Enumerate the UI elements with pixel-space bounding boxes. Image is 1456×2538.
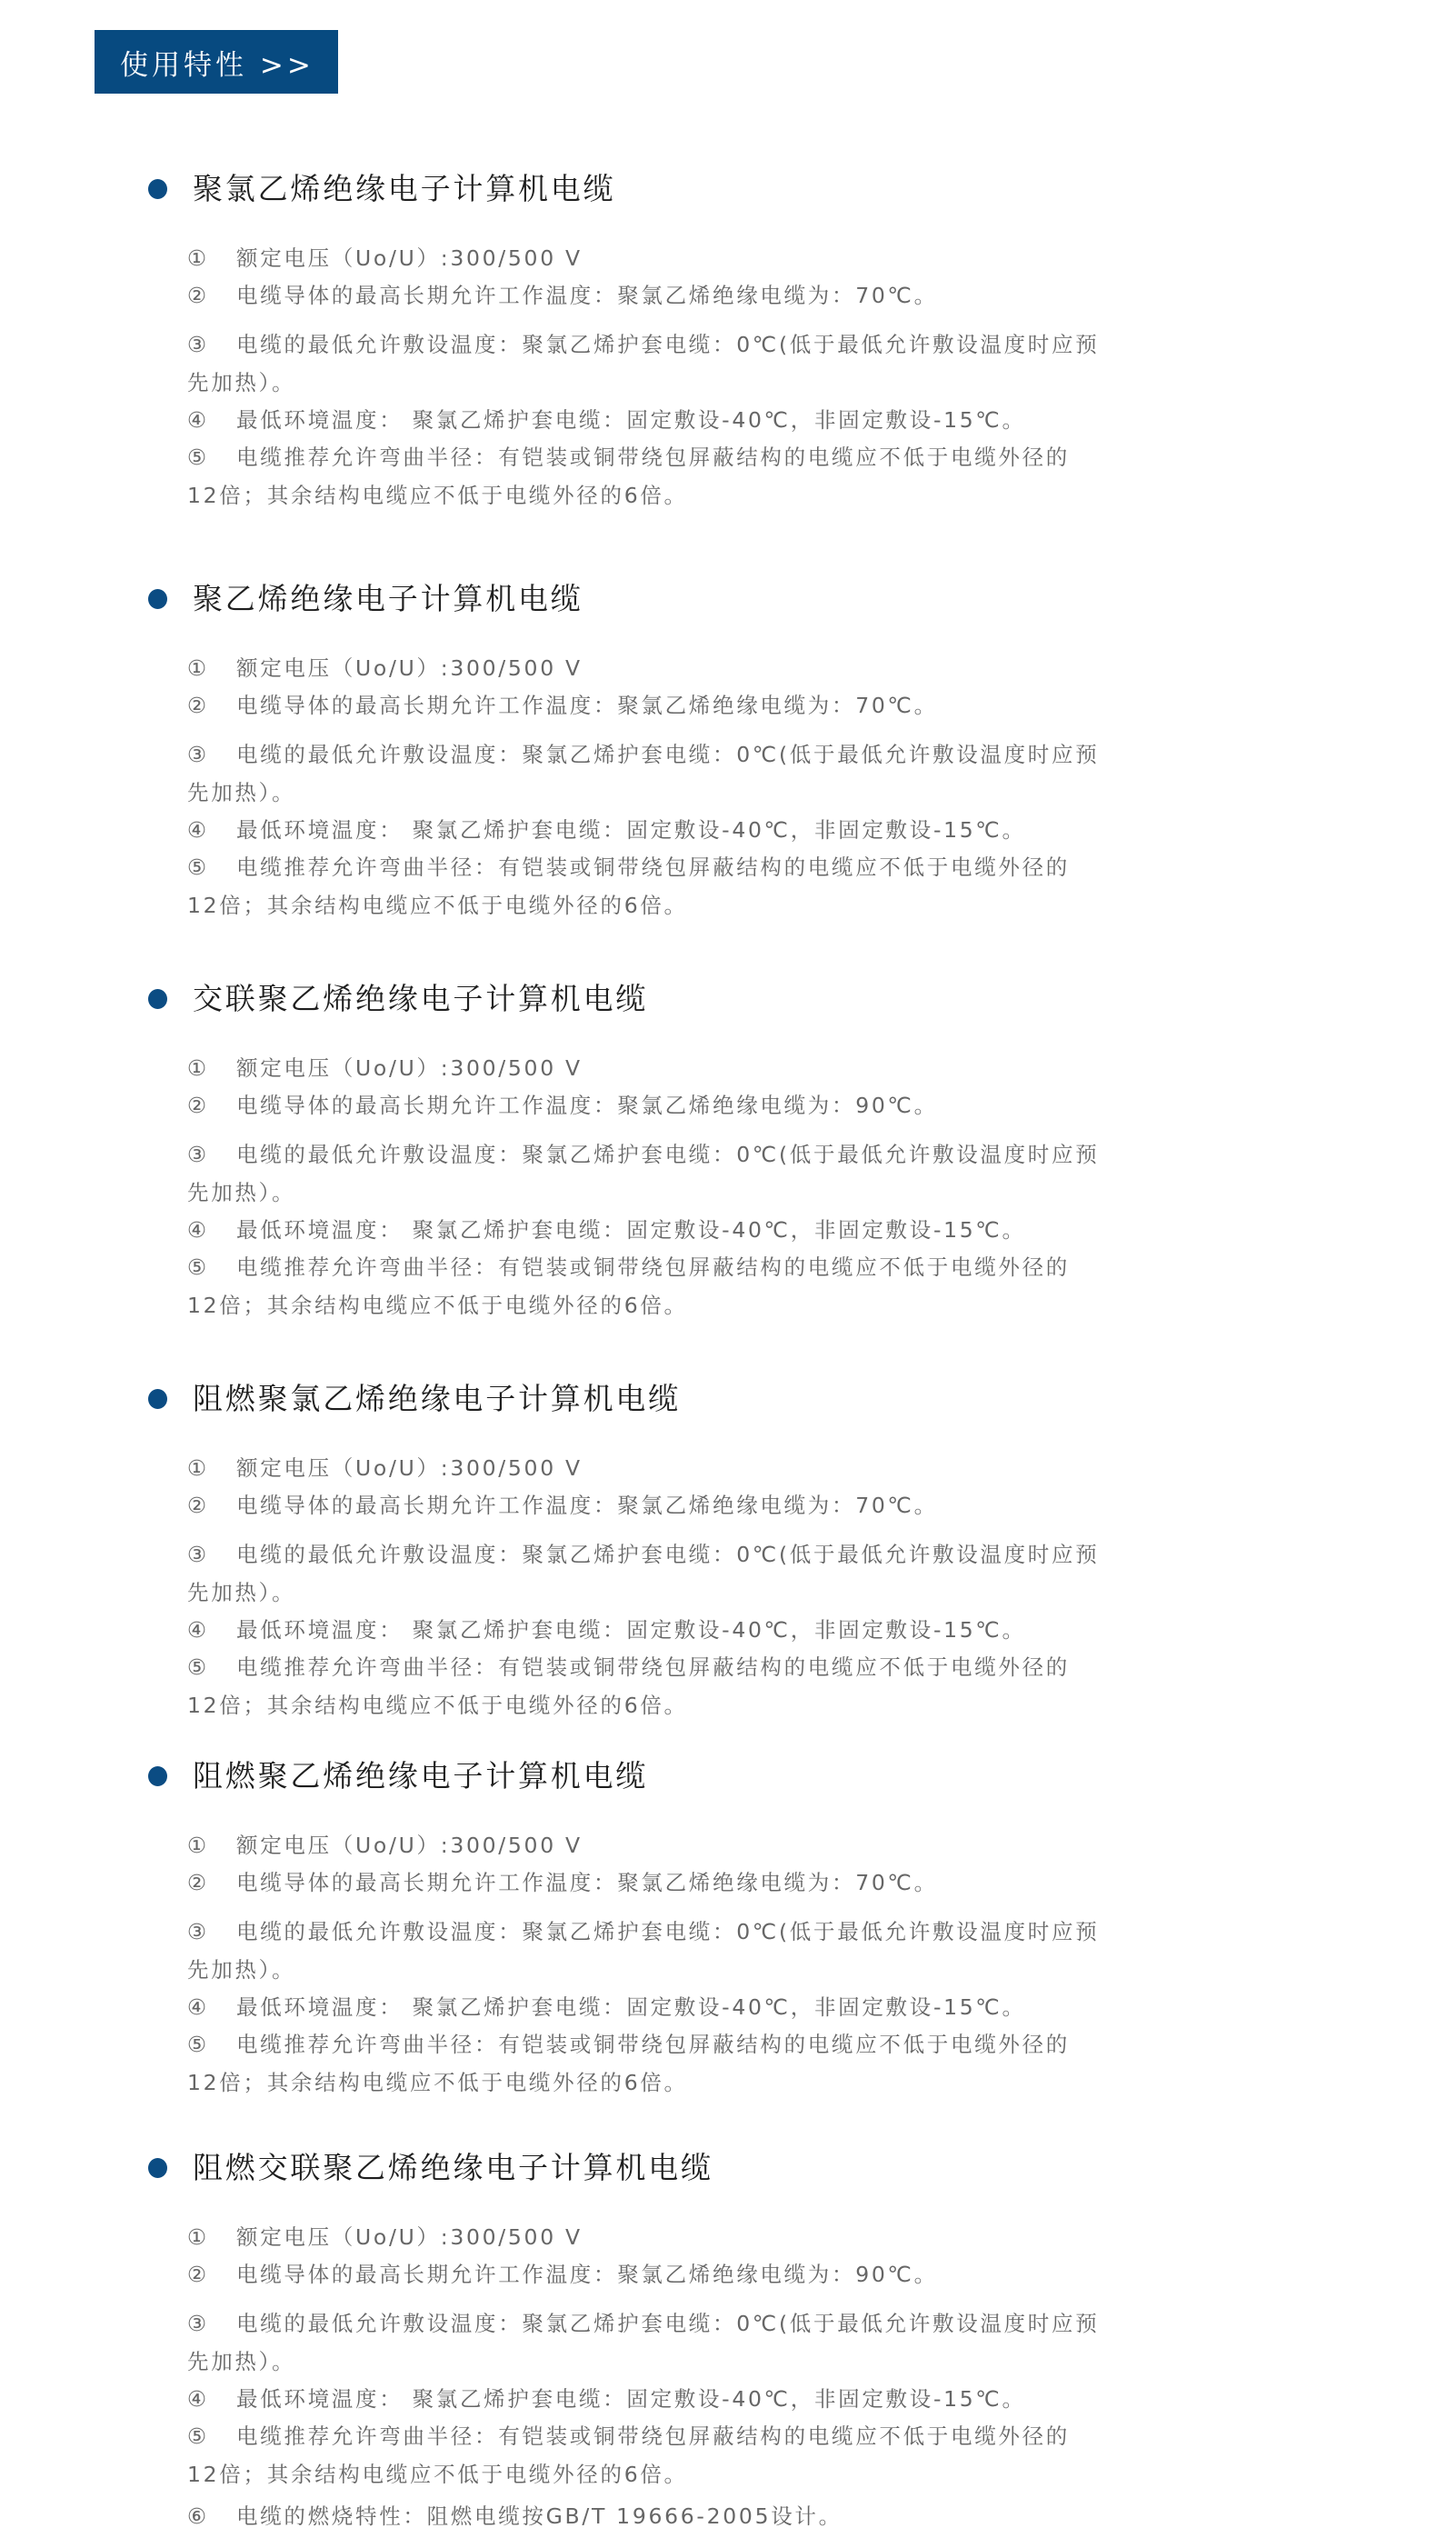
section-title: 阻燃聚乙烯绝缘电子计算机电缆 (193, 1756, 648, 1796)
item-text: 电缆推荐允许弯曲半径：有铠装或铜带绕包屏蔽结构的电缆应不低于电缆外径的 (236, 854, 1070, 880)
item-number: ③ (187, 1140, 236, 1169)
item-number: ⑥ (187, 2502, 236, 2531)
item-text: 最低环境温度： 聚氯乙烯护套电缆：固定敷设-40℃，非固定敷设-15℃。 (236, 407, 1026, 433)
spec-item: ④最低环境温度： 聚氯乙烯护套电缆：固定敷设-40℃，非固定敷设-15℃。 (187, 1215, 1026, 1244)
item-text: 12倍；其余结构电缆应不低于电缆外径的6倍。 (187, 2462, 688, 2487)
item-text: 电缆的最低允许敷设温度：聚氯乙烯护套电缆：0℃(低于最低允许敷设温度时应预 (236, 1142, 1099, 1167)
spec-item-continuation: 12倍；其余结构电缆应不低于电缆外径的6倍。 (187, 891, 688, 920)
item-text: 12倍；其余结构电缆应不低于电缆外径的6倍。 (187, 483, 688, 508)
item-text: 电缆导体的最高长期允许工作温度：聚氯乙烯绝缘电缆为：70℃。 (236, 1870, 938, 1895)
item-number: ④ (187, 2384, 236, 2413)
item-number: ① (187, 1054, 236, 1083)
spec-item: ③电缆的最低允许敷设温度：聚氯乙烯护套电缆：0℃(低于最低允许敷设温度时应预 (187, 740, 1099, 769)
item-number: ① (187, 1454, 236, 1483)
item-number: ③ (187, 740, 236, 769)
item-text: 先加热）。 (187, 780, 295, 805)
spec-item-continuation: 先加热）。 (187, 1955, 295, 1984)
item-text: 电缆的燃烧特性：阻燃电缆按GB/T 19666-2005设计。 (236, 2503, 843, 2529)
item-number: ③ (187, 1540, 236, 1569)
item-text: 电缆的最低允许敷设温度：聚氯乙烯护套电缆：0℃(低于最低允许敷设温度时应预 (236, 2311, 1099, 2336)
section-banner-usage-characteristics: 使用特性 >> (95, 30, 338, 94)
item-text: 电缆推荐允许弯曲半径：有铠装或铜带绕包屏蔽结构的电缆应不低于电缆外径的 (236, 2423, 1070, 2449)
item-text: 额定电压（Uo/U）:300/500 V (236, 245, 583, 271)
item-text: 电缆导体的最高长期允许工作温度：聚氯乙烯绝缘电缆为：70℃。 (236, 1493, 938, 1518)
item-text: 12倍；其余结构电缆应不低于电缆外径的6倍。 (187, 893, 688, 918)
spec-item: ⑥电缆的燃烧特性：阻燃电缆按GB/T 19666-2005设计。 (187, 2502, 843, 2531)
spec-item: ②电缆导体的最高长期允许工作温度：聚氯乙烯绝缘电缆为：70℃。 (187, 281, 938, 310)
item-text: 电缆导体的最高长期允许工作温度：聚氯乙烯绝缘电缆为：90℃。 (236, 2262, 938, 2287)
spec-item: ③电缆的最低允许敷设温度：聚氯乙烯护套电缆：0℃(低于最低允许敷设温度时应预 (187, 1540, 1099, 1569)
spec-item-continuation: 先加热）。 (187, 778, 295, 807)
spec-item: ①额定电压（Uo/U）:300/500 V (187, 244, 583, 273)
item-text: 先加热）。 (187, 1180, 295, 1205)
item-text: 额定电压（Uo/U）:300/500 V (236, 655, 583, 681)
item-number: ① (187, 1831, 236, 1860)
item-number: ④ (187, 405, 236, 435)
item-number: ② (187, 1868, 236, 1897)
item-text: 电缆推荐允许弯曲半径：有铠装或铜带绕包屏蔽结构的电缆应不低于电缆外径的 (236, 2032, 1070, 2057)
bullet-icon (148, 179, 167, 199)
item-text: 电缆推荐允许弯曲半径：有铠装或铜带绕包屏蔽结构的电缆应不低于电缆外径的 (236, 1254, 1070, 1280)
spec-item: ①额定电压（Uo/U）:300/500 V (187, 654, 583, 683)
spec-item: ③电缆的最低允许敷设温度：聚氯乙烯护套电缆：0℃(低于最低允许敷设温度时应预 (187, 1917, 1099, 1946)
item-text: 先加热）。 (187, 1580, 295, 1605)
item-text: 电缆的最低允许敷设温度：聚氯乙烯护套电缆：0℃(低于最低允许敷设温度时应预 (236, 1919, 1099, 1944)
spec-item: ⑤电缆推荐允许弯曲半径：有铠装或铜带绕包屏蔽结构的电缆应不低于电缆外径的 (187, 2422, 1070, 2451)
item-number: ② (187, 2260, 236, 2289)
spec-item: ①额定电压（Uo/U）:300/500 V (187, 1054, 583, 1083)
spec-item-continuation: 先加热）。 (187, 2347, 295, 2376)
item-text: 电缆的最低允许敷设温度：聚氯乙烯护套电缆：0℃(低于最低允许敷设温度时应预 (236, 1542, 1099, 1567)
spec-item-continuation: 先加热）。 (187, 1178, 295, 1207)
item-number: ③ (187, 1917, 236, 1946)
spec-item: ③电缆的最低允许敷设温度：聚氯乙烯护套电缆：0℃(低于最低允许敷设温度时应预 (187, 2309, 1099, 2338)
spec-item: ⑤电缆推荐允许弯曲半径：有铠装或铜带绕包屏蔽结构的电缆应不低于电缆外径的 (187, 2030, 1070, 2059)
spec-item: ④最低环境温度： 聚氯乙烯护套电缆：固定敷设-40℃，非固定敷设-15℃。 (187, 1993, 1026, 2022)
spec-item: ④最低环境温度： 聚氯乙烯护套电缆：固定敷设-40℃，非固定敷设-15℃。 (187, 1615, 1026, 1644)
item-text: 电缆的最低允许敷设温度：聚氯乙烯护套电缆：0℃(低于最低允许敷设温度时应预 (236, 332, 1099, 357)
section-title: 交联聚乙烯绝缘电子计算机电缆 (193, 979, 648, 1019)
item-number: ② (187, 281, 236, 310)
spec-item: ⑤电缆推荐允许弯曲半径：有铠装或铜带绕包屏蔽结构的电缆应不低于电缆外径的 (187, 853, 1070, 882)
section-title: 阻燃交联聚乙烯绝缘电子计算机电缆 (193, 2148, 713, 2188)
item-number: ⑤ (187, 853, 236, 882)
item-text: 电缆导体的最高长期允许工作温度：聚氯乙烯绝缘电缆为：70℃。 (236, 283, 938, 308)
item-text: 最低环境温度： 聚氯乙烯护套电缆：固定敷设-40℃，非固定敷设-15℃。 (236, 2386, 1026, 2412)
item-number: ④ (187, 1993, 236, 2022)
spec-item: ②电缆导体的最高长期允许工作温度：聚氯乙烯绝缘电缆为：90℃。 (187, 1091, 938, 1120)
item-text: 先加热）。 (187, 2349, 295, 2374)
section-title: 阻燃聚氯乙烯绝缘电子计算机电缆 (193, 1379, 681, 1419)
bullet-icon (148, 589, 167, 609)
item-number: ① (187, 2223, 236, 2252)
item-text: 额定电压（Uo/U）:300/500 V (236, 2224, 583, 2250)
spec-item: ②电缆导体的最高长期允许工作温度：聚氯乙烯绝缘电缆为：70℃。 (187, 691, 938, 720)
item-text: 12倍；其余结构电缆应不低于电缆外径的6倍。 (187, 1293, 688, 1318)
item-text: 12倍；其余结构电缆应不低于电缆外径的6倍。 (187, 1693, 688, 1718)
spec-item: ①额定电压（Uo/U）:300/500 V (187, 1831, 583, 1860)
spec-item-continuation: 12倍；其余结构电缆应不低于电缆外径的6倍。 (187, 481, 688, 510)
item-text: 电缆推荐允许弯曲半径：有铠装或铜带绕包屏蔽结构的电缆应不低于电缆外径的 (236, 1654, 1070, 1680)
item-text: 电缆的最低允许敷设温度：聚氯乙烯护套电缆：0℃(低于最低允许敷设温度时应预 (236, 742, 1099, 767)
item-text: 额定电压（Uo/U）:300/500 V (236, 1055, 583, 1081)
item-text: 最低环境温度： 聚氯乙烯护套电缆：固定敷设-40℃，非固定敷设-15℃。 (236, 1217, 1026, 1243)
item-text: 最低环境温度： 聚氯乙烯护套电缆：固定敷设-40℃，非固定敷设-15℃。 (236, 1617, 1026, 1643)
item-number: ① (187, 244, 236, 273)
item-number: ⑤ (187, 1653, 236, 1682)
item-number: ① (187, 654, 236, 683)
spec-item: ⑤电缆推荐允许弯曲半径：有铠装或铜带绕包屏蔽结构的电缆应不低于电缆外径的 (187, 1253, 1070, 1282)
item-text: 电缆推荐允许弯曲半径：有铠装或铜带绕包屏蔽结构的电缆应不低于电缆外径的 (236, 445, 1070, 470)
item-number: ⑤ (187, 2030, 236, 2059)
section-title: 聚氯乙烯绝缘电子计算机电缆 (193, 169, 615, 209)
item-text: 电缆导体的最高长期允许工作温度：聚氯乙烯绝缘电缆为：90℃。 (236, 1093, 938, 1118)
bullet-icon (148, 1389, 167, 1409)
item-number: ④ (187, 815, 236, 844)
item-number: ⑤ (187, 443, 236, 472)
item-number: ④ (187, 1215, 236, 1244)
spec-item: ④最低环境温度： 聚氯乙烯护套电缆：固定敷设-40℃，非固定敷设-15℃。 (187, 2384, 1026, 2413)
item-text: 额定电压（Uo/U）:300/500 V (236, 1833, 583, 1858)
spec-item-continuation: 12倍；其余结构电缆应不低于电缆外径的6倍。 (187, 2460, 688, 2489)
item-number: ② (187, 1091, 236, 1120)
item-number: ③ (187, 330, 236, 359)
item-number: ⑤ (187, 1253, 236, 1282)
item-text: 先加热）。 (187, 1957, 295, 1983)
bullet-icon (148, 989, 167, 1009)
spec-item: ③电缆的最低允许敷设温度：聚氯乙烯护套电缆：0℃(低于最低允许敷设温度时应预 (187, 330, 1099, 359)
spec-item: ④最低环境温度： 聚氯乙烯护套电缆：固定敷设-40℃，非固定敷设-15℃。 (187, 815, 1026, 844)
spec-item: ①额定电压（Uo/U）:300/500 V (187, 2223, 583, 2252)
spec-item: ②电缆导体的最高长期允许工作温度：聚氯乙烯绝缘电缆为：70℃。 (187, 1491, 938, 1520)
item-text: 电缆导体的最高长期允许工作温度：聚氯乙烯绝缘电缆为：70℃。 (236, 693, 938, 718)
spec-item: ①额定电压（Uo/U）:300/500 V (187, 1454, 583, 1483)
item-number: ② (187, 1491, 236, 1520)
spec-item-continuation: 12倍；其余结构电缆应不低于电缆外径的6倍。 (187, 1291, 688, 1320)
item-number: ③ (187, 2309, 236, 2338)
spec-item: ③电缆的最低允许敷设温度：聚氯乙烯护套电缆：0℃(低于最低允许敷设温度时应预 (187, 1140, 1099, 1169)
spec-item: ②电缆导体的最高长期允许工作温度：聚氯乙烯绝缘电缆为：90℃。 (187, 2260, 938, 2289)
spec-item-continuation: 先加热）。 (187, 368, 295, 397)
item-text: 额定电压（Uo/U）:300/500 V (236, 1455, 583, 1481)
spec-item: ⑤电缆推荐允许弯曲半径：有铠装或铜带绕包屏蔽结构的电缆应不低于电缆外径的 (187, 1653, 1070, 1682)
spec-item: ⑤电缆推荐允许弯曲半径：有铠装或铜带绕包屏蔽结构的电缆应不低于电缆外径的 (187, 443, 1070, 472)
section-title: 聚乙烯绝缘电子计算机电缆 (193, 579, 583, 619)
spec-item: ②电缆导体的最高长期允许工作温度：聚氯乙烯绝缘电缆为：70℃。 (187, 1868, 938, 1897)
item-number: ④ (187, 1615, 236, 1644)
spec-item-continuation: 先加热）。 (187, 1578, 295, 1607)
spec-item-continuation: 12倍；其余结构电缆应不低于电缆外径的6倍。 (187, 2068, 688, 2097)
bullet-icon (148, 1766, 167, 1786)
item-text: 12倍；其余结构电缆应不低于电缆外径的6倍。 (187, 2070, 688, 2095)
spec-item: ④最低环境温度： 聚氯乙烯护套电缆：固定敷设-40℃，非固定敷设-15℃。 (187, 405, 1026, 435)
spec-item-continuation: 12倍；其余结构电缆应不低于电缆外径的6倍。 (187, 1691, 688, 1720)
item-text: 最低环境温度： 聚氯乙烯护套电缆：固定敷设-40℃，非固定敷设-15℃。 (236, 1994, 1026, 2020)
item-text: 最低环境温度： 聚氯乙烯护套电缆：固定敷设-40℃，非固定敷设-15℃。 (236, 817, 1026, 843)
item-number: ⑤ (187, 2422, 236, 2451)
bullet-icon (148, 2158, 167, 2178)
item-text: 先加热）。 (187, 370, 295, 395)
item-number: ② (187, 691, 236, 720)
